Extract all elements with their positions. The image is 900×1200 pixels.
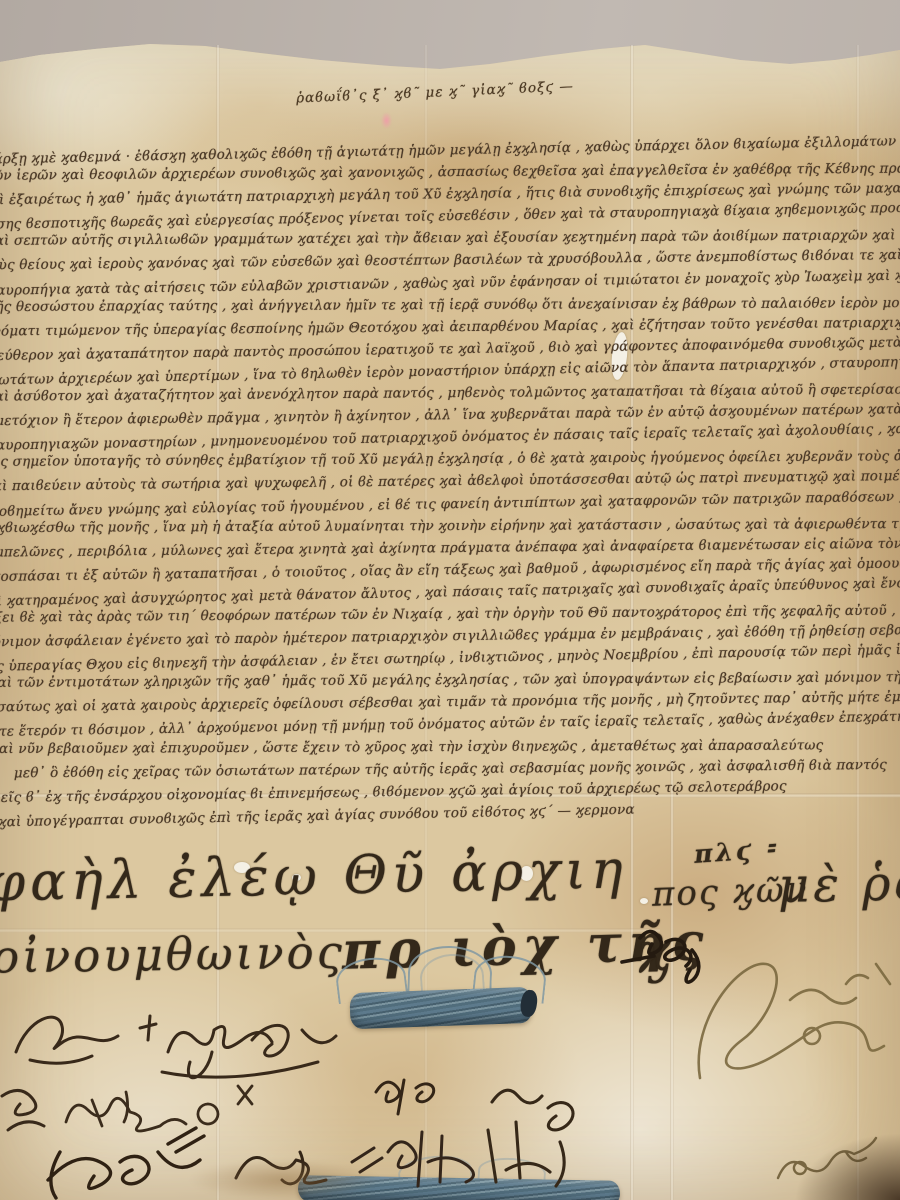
signatures-layer: [0, 0, 900, 1200]
bottom-right-shadow: [720, 1090, 900, 1200]
signature-flourish-3: [622, 931, 699, 982]
bottom-ink-smudge: [190, 1160, 380, 1200]
signature-flourish-5: [66, 1086, 252, 1131]
signature-flourish-6: [48, 1128, 204, 1198]
signature-flourish-11: [376, 1080, 434, 1114]
signature-flourish-12: [699, 964, 890, 1078]
signature-flourish-4: [2, 1090, 44, 1130]
signature-flourish-10: [488, 1090, 573, 1186]
signature-flourish-2: [162, 1025, 336, 1077]
signature-flourish-1: [16, 1016, 156, 1063]
manuscript-photograph: ῥαϐωΐϐ᾽ς ξ᾽ ϗϐ῀ με ϗ῀ γἰαϗ῀ ϐοξϛ — ὑπάρξ…: [0, 0, 900, 1200]
